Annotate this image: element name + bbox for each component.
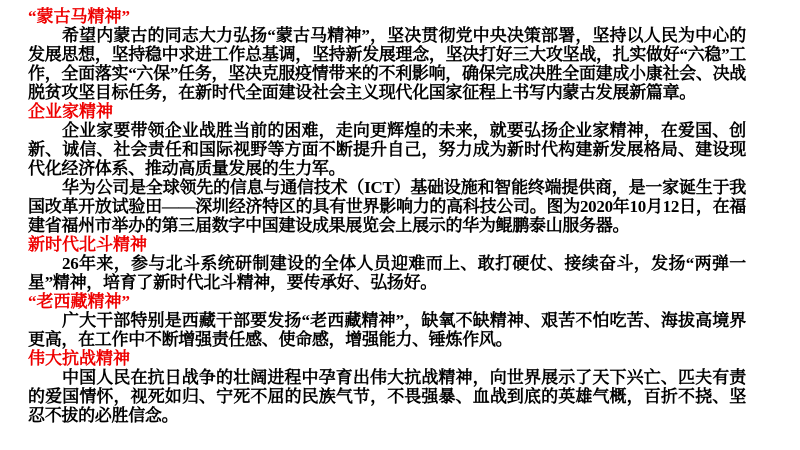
- section-paragraph: 企业家要带领企业战胜当前的困难，走向更辉煌的未来，就要弘扬企业家精神，在爱国、创…: [28, 121, 746, 178]
- section-paragraph: 广大干部特别是西藏干部要发扬“老西藏精神”，缺氧不缺精神、艰苦不怕吃苦、海拔高境…: [28, 311, 746, 349]
- section-anti-japanese-war-spirit: 伟大抗战精神 中国人民在抗日战争的壮阔进程中孕育出伟大抗战精神，向世界展示了天下…: [28, 349, 746, 425]
- section-heading: 企业家精神: [28, 102, 746, 121]
- section-paragraph: 26年来，参与北斗系统研制建设的全体人员迎难而上、敢打硬仗、接续奋斗，发扬“两弹…: [28, 254, 746, 292]
- section-paragraph: 华为公司是全球领先的信息与通信技术（ICT）基础设施和智能终端提供商，是一家诞生…: [28, 178, 746, 235]
- section-heading: “老西藏精神”: [28, 292, 746, 311]
- section-paragraph: 希望内蒙古的同志大力弘扬“蒙古马精神”，坚决贯彻党中央决策部署，坚持以人民为中心…: [28, 26, 746, 102]
- slide: “蒙古马精神” 希望内蒙古的同志大力弘扬“蒙古马精神”，坚决贯彻党中央决策部署，…: [0, 0, 800, 450]
- section-beidou-spirit: 新时代北斗精神 26年来，参与北斗系统研制建设的全体人员迎难而上、敢打硬仗、接续…: [28, 235, 746, 292]
- section-heading: 伟大抗战精神: [28, 349, 746, 368]
- section-heading: “蒙古马精神”: [28, 7, 746, 26]
- section-old-tibet-spirit: “老西藏精神” 广大干部特别是西藏干部要发扬“老西藏精神”，缺氧不缺精神、艰苦不…: [28, 292, 746, 349]
- section-mongolian-horse-spirit: “蒙古马精神” 希望内蒙古的同志大力弘扬“蒙古马精神”，坚决贯彻党中央决策部署，…: [28, 7, 746, 102]
- section-heading: 新时代北斗精神: [28, 235, 746, 254]
- section-paragraph: 中国人民在抗日战争的壮阔进程中孕育出伟大抗战精神，向世界展示了天下兴亡、匹夫有责…: [28, 368, 746, 425]
- section-entrepreneur-spirit: 企业家精神 企业家要带领企业战胜当前的困难，走向更辉煌的未来，就要弘扬企业家精神…: [28, 102, 746, 235]
